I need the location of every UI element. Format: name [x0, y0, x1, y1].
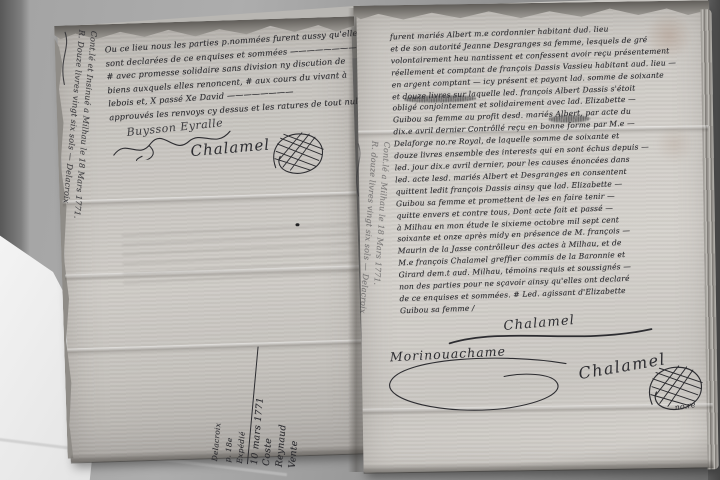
- fold-crease: [63, 191, 357, 207]
- right-page-text-block: furent mariés Albert m.e cordonnier habi…: [390, 20, 706, 317]
- left-page: Cont.lé et Insinué a Milhau le 18 Mars 1…: [57, 21, 364, 462]
- left-page-text-block: Ou ce lieu nous les parties p.nommées fu…: [104, 27, 351, 124]
- notary-paraph-icon: [267, 127, 329, 178]
- right-page: Cont.lé a Milhau le 18 Mars 1771.R. douz…: [356, 5, 713, 472]
- margin-note-flourish: [349, 139, 367, 200]
- photograph-of-manuscript-deed: Cont.lé et Insinué a Milhau le 18 Mars 1…: [0, 0, 720, 480]
- margin-note-flourish: [55, 28, 74, 89]
- ink-bleed-through: [121, 220, 355, 285]
- bottom-edge-shadow: [364, 459, 714, 473]
- signature-loop-flourish: [382, 353, 575, 420]
- registration-margin-note: Cont.lé et Insinué a Milhau le 18 Mars 1…: [39, 28, 99, 220]
- docket-annotation: VenteReynaudCoste10 mars 1771Expédiép. 1…: [209, 343, 319, 470]
